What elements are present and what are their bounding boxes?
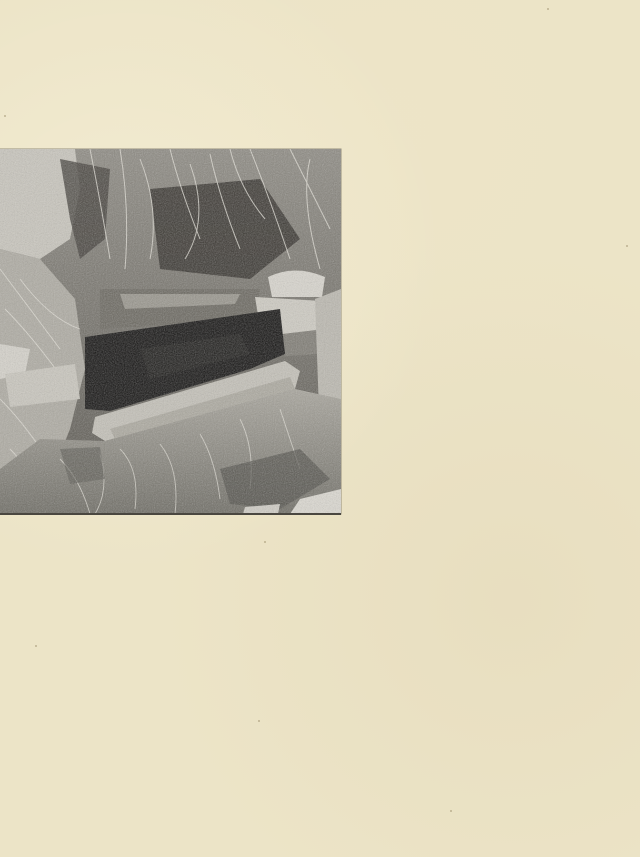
paper-speck	[4, 115, 6, 117]
photograph-border	[0, 513, 341, 515]
paper-speck	[264, 541, 266, 543]
paper-speck	[35, 645, 37, 647]
photograph-well	[0, 149, 341, 514]
paper-speck	[626, 245, 628, 247]
paper-speck	[450, 810, 452, 812]
paper-speck	[547, 8, 549, 10]
paper-speck	[258, 720, 260, 722]
photograph-image	[0, 149, 341, 514]
